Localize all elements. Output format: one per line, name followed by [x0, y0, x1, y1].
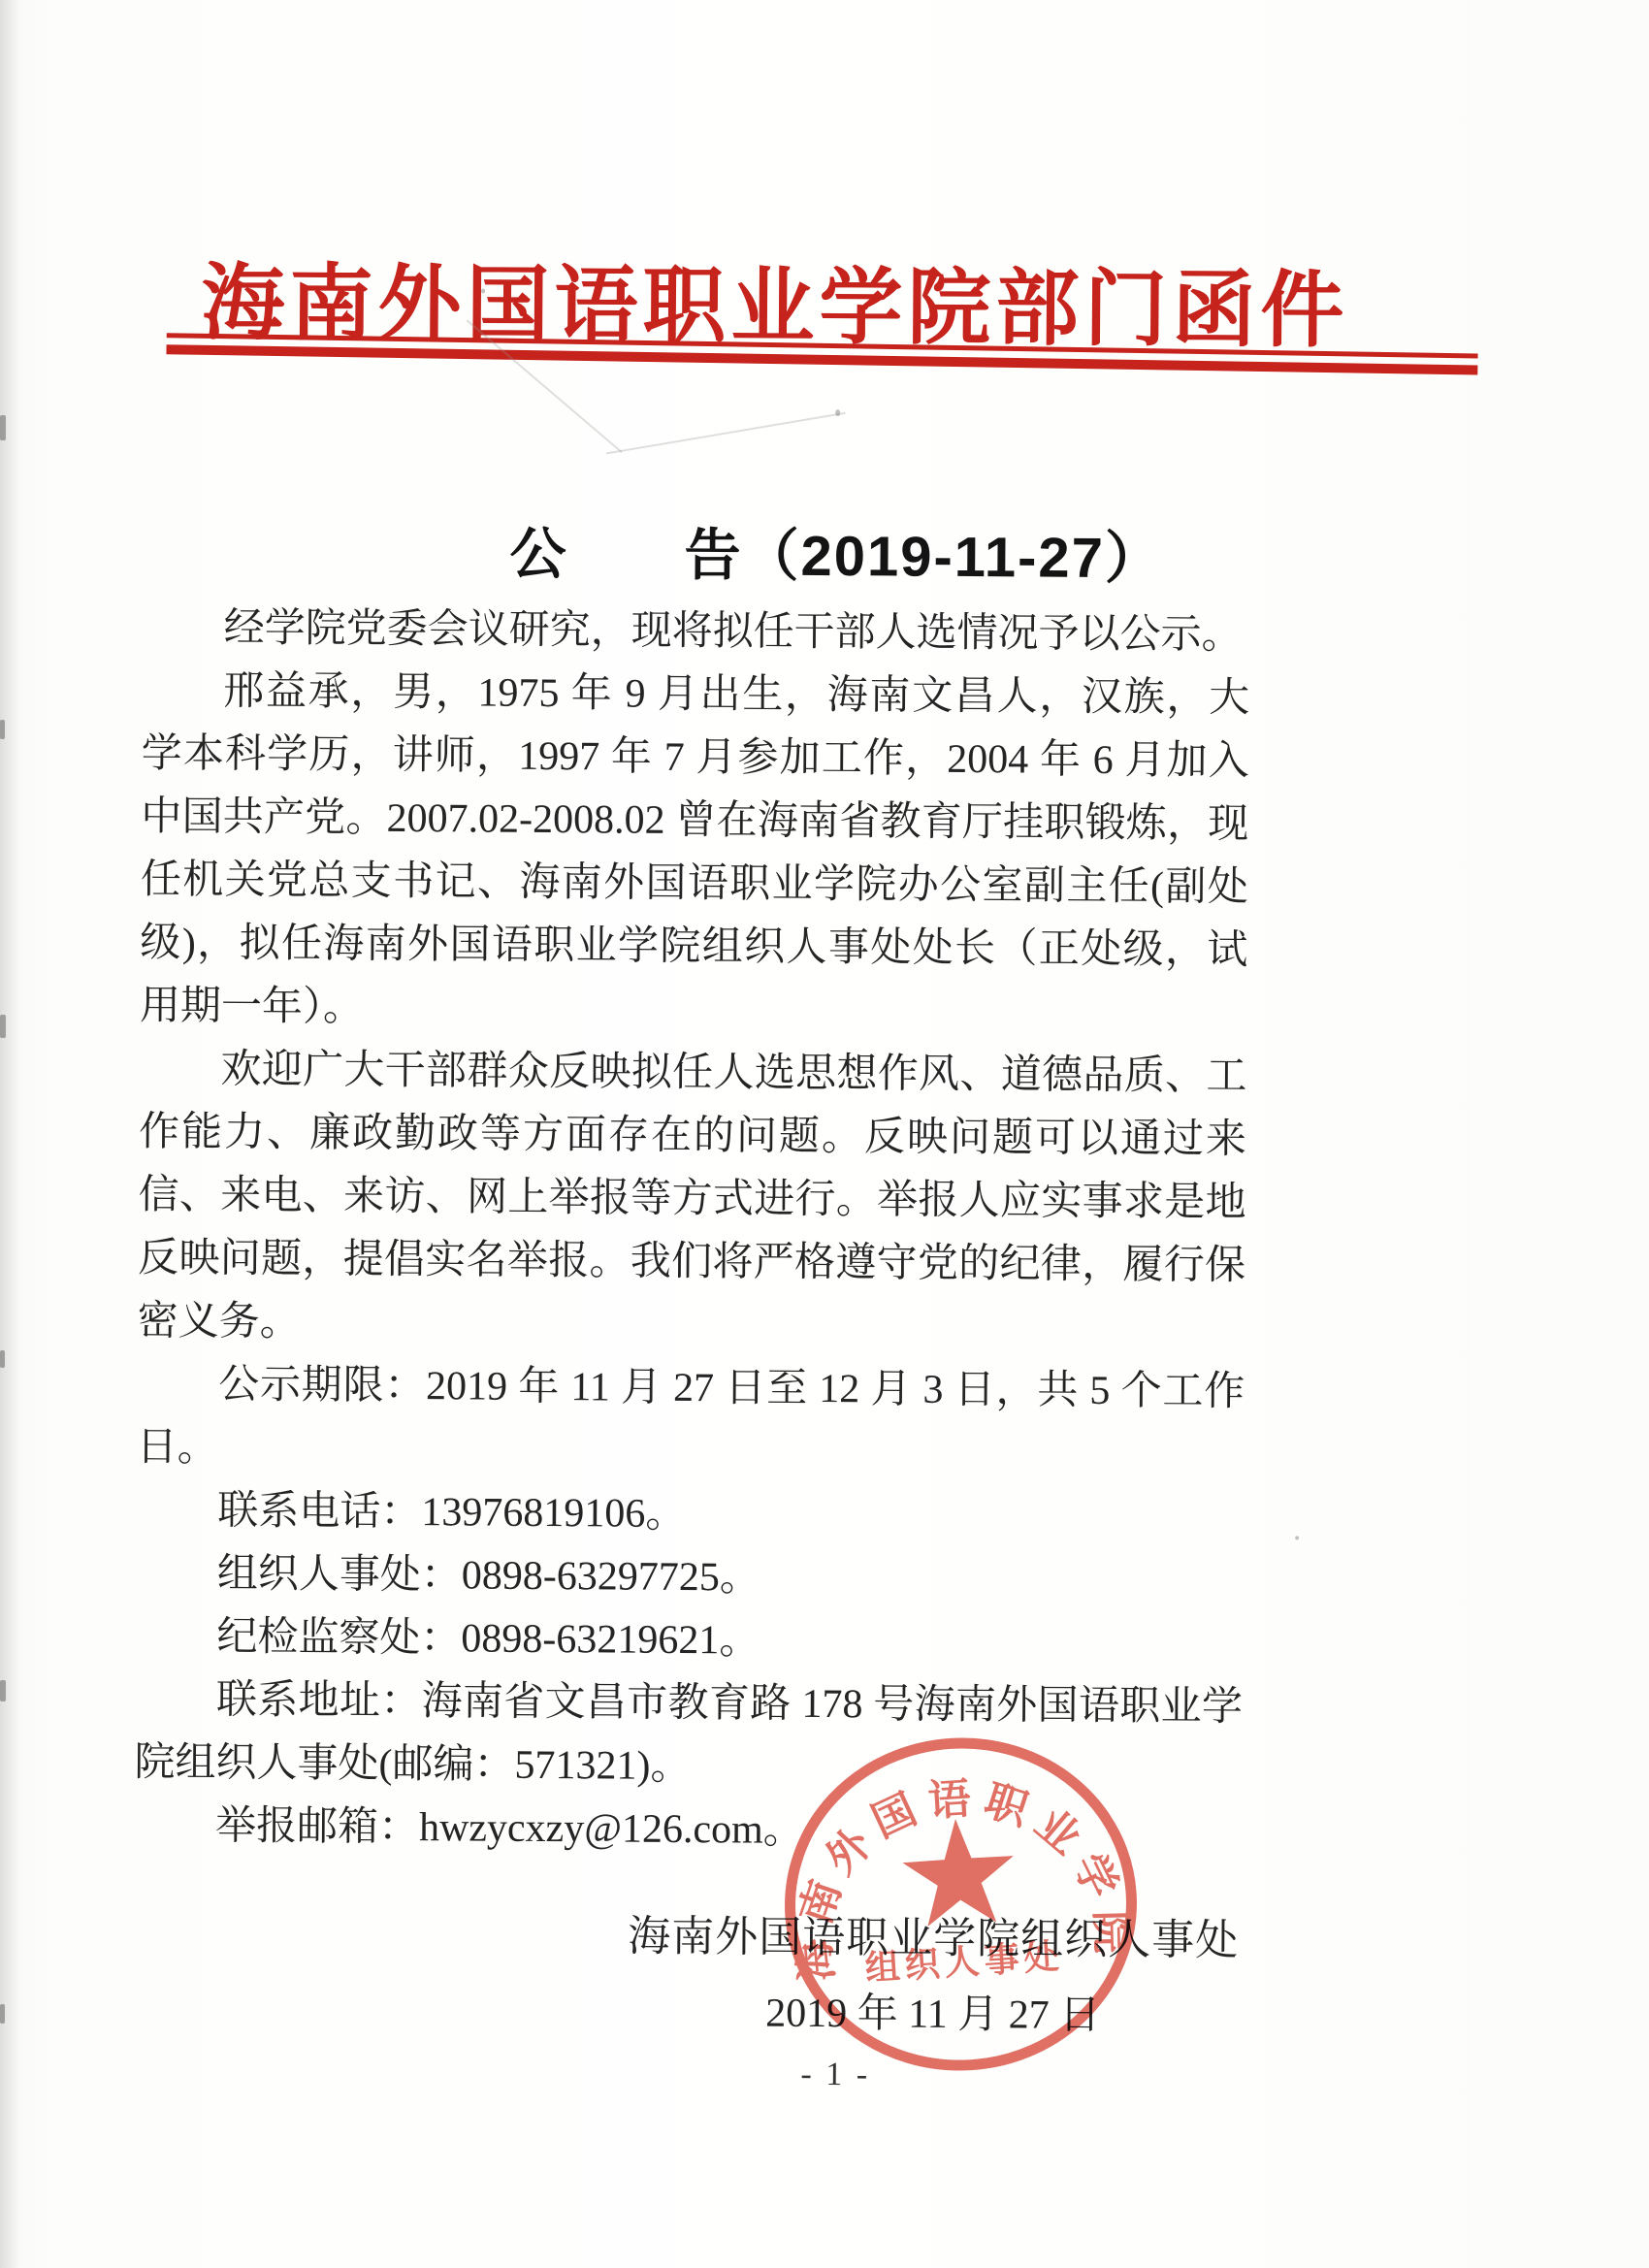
scan-edge-mark — [0, 415, 6, 440]
scan-edge-shadow — [0, 0, 19, 2268]
seal-department-text: 组织人事处 — [864, 1936, 1065, 1988]
seal-star-icon — [900, 1816, 1018, 1928]
contact-phone-line: 联系电话：13976819106。 — [136, 1479, 1244, 1550]
scan-edge-mark — [0, 1350, 5, 1368]
scan-speck — [835, 409, 840, 416]
scan-speck — [481, 289, 485, 294]
scan-crease-mark — [606, 412, 846, 455]
body-paragraph: 欢迎广大干部群众反映拟任人选思想作风、道德品质、工作能力、廉政勤政等方面存在的问… — [137, 1038, 1246, 1361]
contact-hr-office-line: 组织人事处：0898-63297725。 — [136, 1542, 1244, 1613]
scan-edge-mark — [0, 1680, 6, 1701]
scan-edge-mark — [0, 1015, 6, 1038]
scan-edge-mark — [0, 720, 5, 739]
document-body: 经学院党委会议研究，现将拟任干部人选情况予以公示。 邢益承，男，1975 年 9… — [134, 597, 1250, 1865]
scan-edge-mark — [0, 2004, 5, 2024]
contact-discipline-line: 纪检监察处：0898-63219621。 — [135, 1605, 1243, 1676]
scanned-document-page: 海南外国语职业学院部门函件 公 告（2019-11-27） 经学院党委会议研究，… — [0, 0, 1649, 2268]
official-seal: 海南外国语职业学院 组织人事处 — [770, 1723, 1151, 2087]
page-content: 海南外国语职业学院部门函件 公 告（2019-11-27） 经学院党委会议研究，… — [0, 0, 1649, 2268]
notice-title: 公 告（2019-11-27） — [196, 506, 1477, 597]
scan-speck — [1295, 1536, 1299, 1539]
body-paragraph: 邢益承，男，1975 年 9 月出生，海南文昌人，汉族，大学本科学历，讲师，19… — [140, 660, 1250, 1046]
body-paragraph: 经学院党委会议研究，现将拟任干部人选情况予以公示。 — [142, 597, 1249, 667]
body-paragraph: 公示期限：2019 年 11 月 27 日至 12 月 3 日，共 5 个工作日… — [137, 1353, 1245, 1487]
